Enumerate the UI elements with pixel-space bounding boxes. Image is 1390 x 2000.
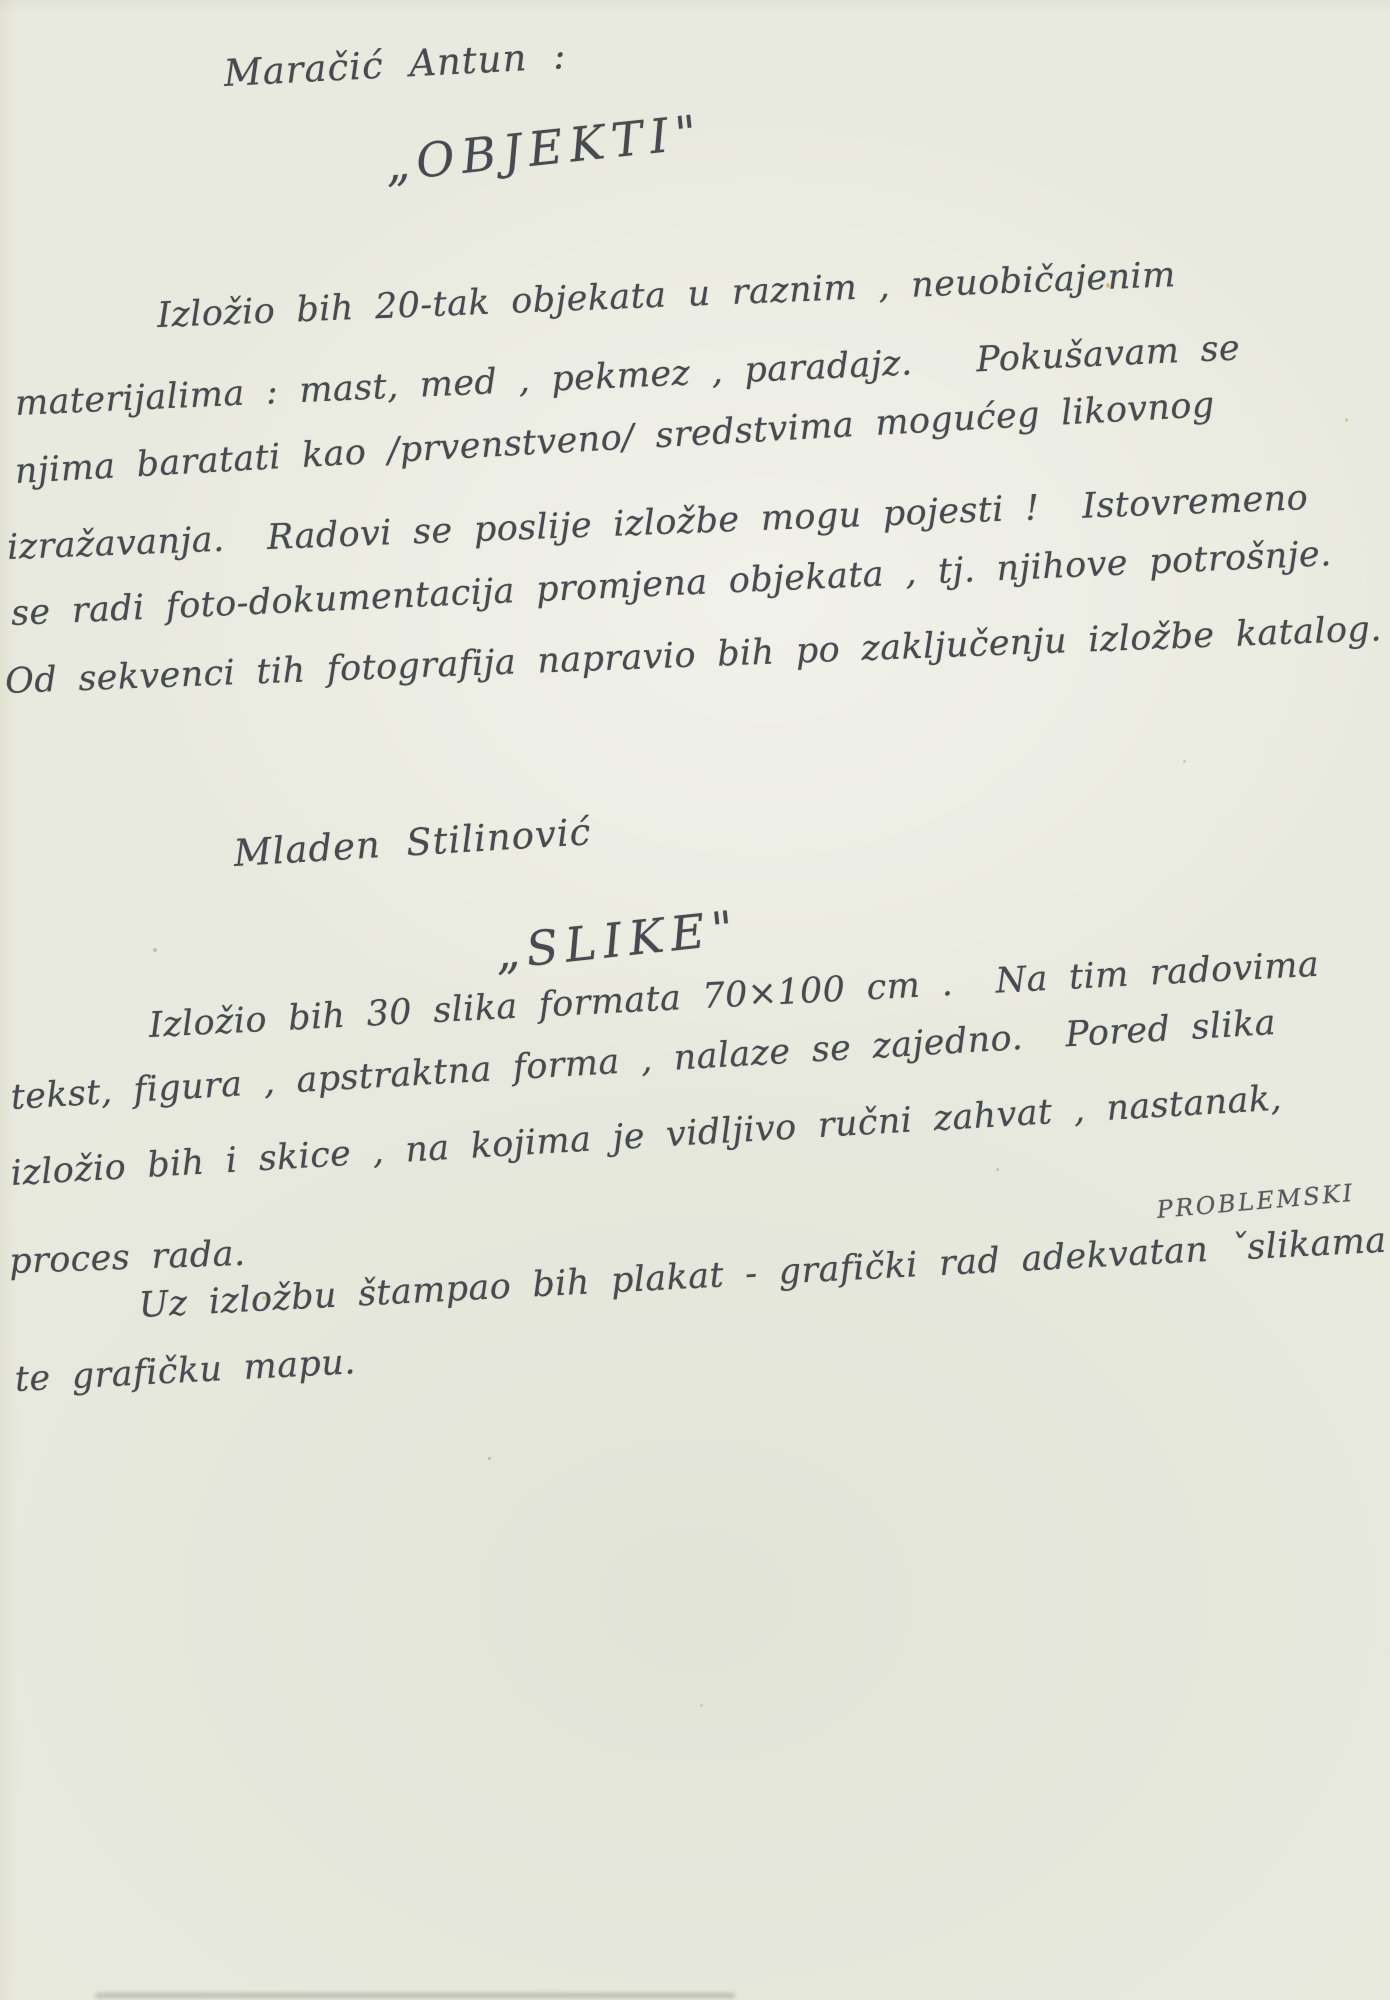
author-name-maracic: Maračić Antun : — [223, 34, 568, 95]
inserted-annotation-problemski: PROBLEMSKI — [1156, 1179, 1356, 1224]
paper-speck — [1345, 418, 1348, 422]
section-title-objekti: „OBJEKTI" — [382, 105, 706, 193]
paper-speck — [700, 1704, 703, 1707]
paper-speck — [153, 948, 157, 952]
scanned-handwritten-page: Maračić Antun : „OBJEKTI" Izložio bih 20… — [0, 0, 1390, 2000]
handwritten-line: te grafičku mapu. — [14, 1342, 357, 1400]
paper-speck — [1183, 760, 1186, 763]
section-title-slike: „SLIKE" — [492, 901, 743, 981]
author-name-stilinovic: Mladen Stilinović — [232, 810, 592, 875]
scan-bottom-edge-shadow — [95, 1993, 735, 1998]
paper-speck — [996, 1168, 999, 1171]
handwritten-line: Izložio bih 20-tak objekata u raznim , n… — [156, 255, 1176, 336]
handwritten-line: Uz izložbu štampao bih plakat - grafički… — [138, 1219, 1390, 1326]
paper-speck — [488, 1457, 491, 1460]
handwritten-line: proces rada. — [9, 1234, 246, 1282]
